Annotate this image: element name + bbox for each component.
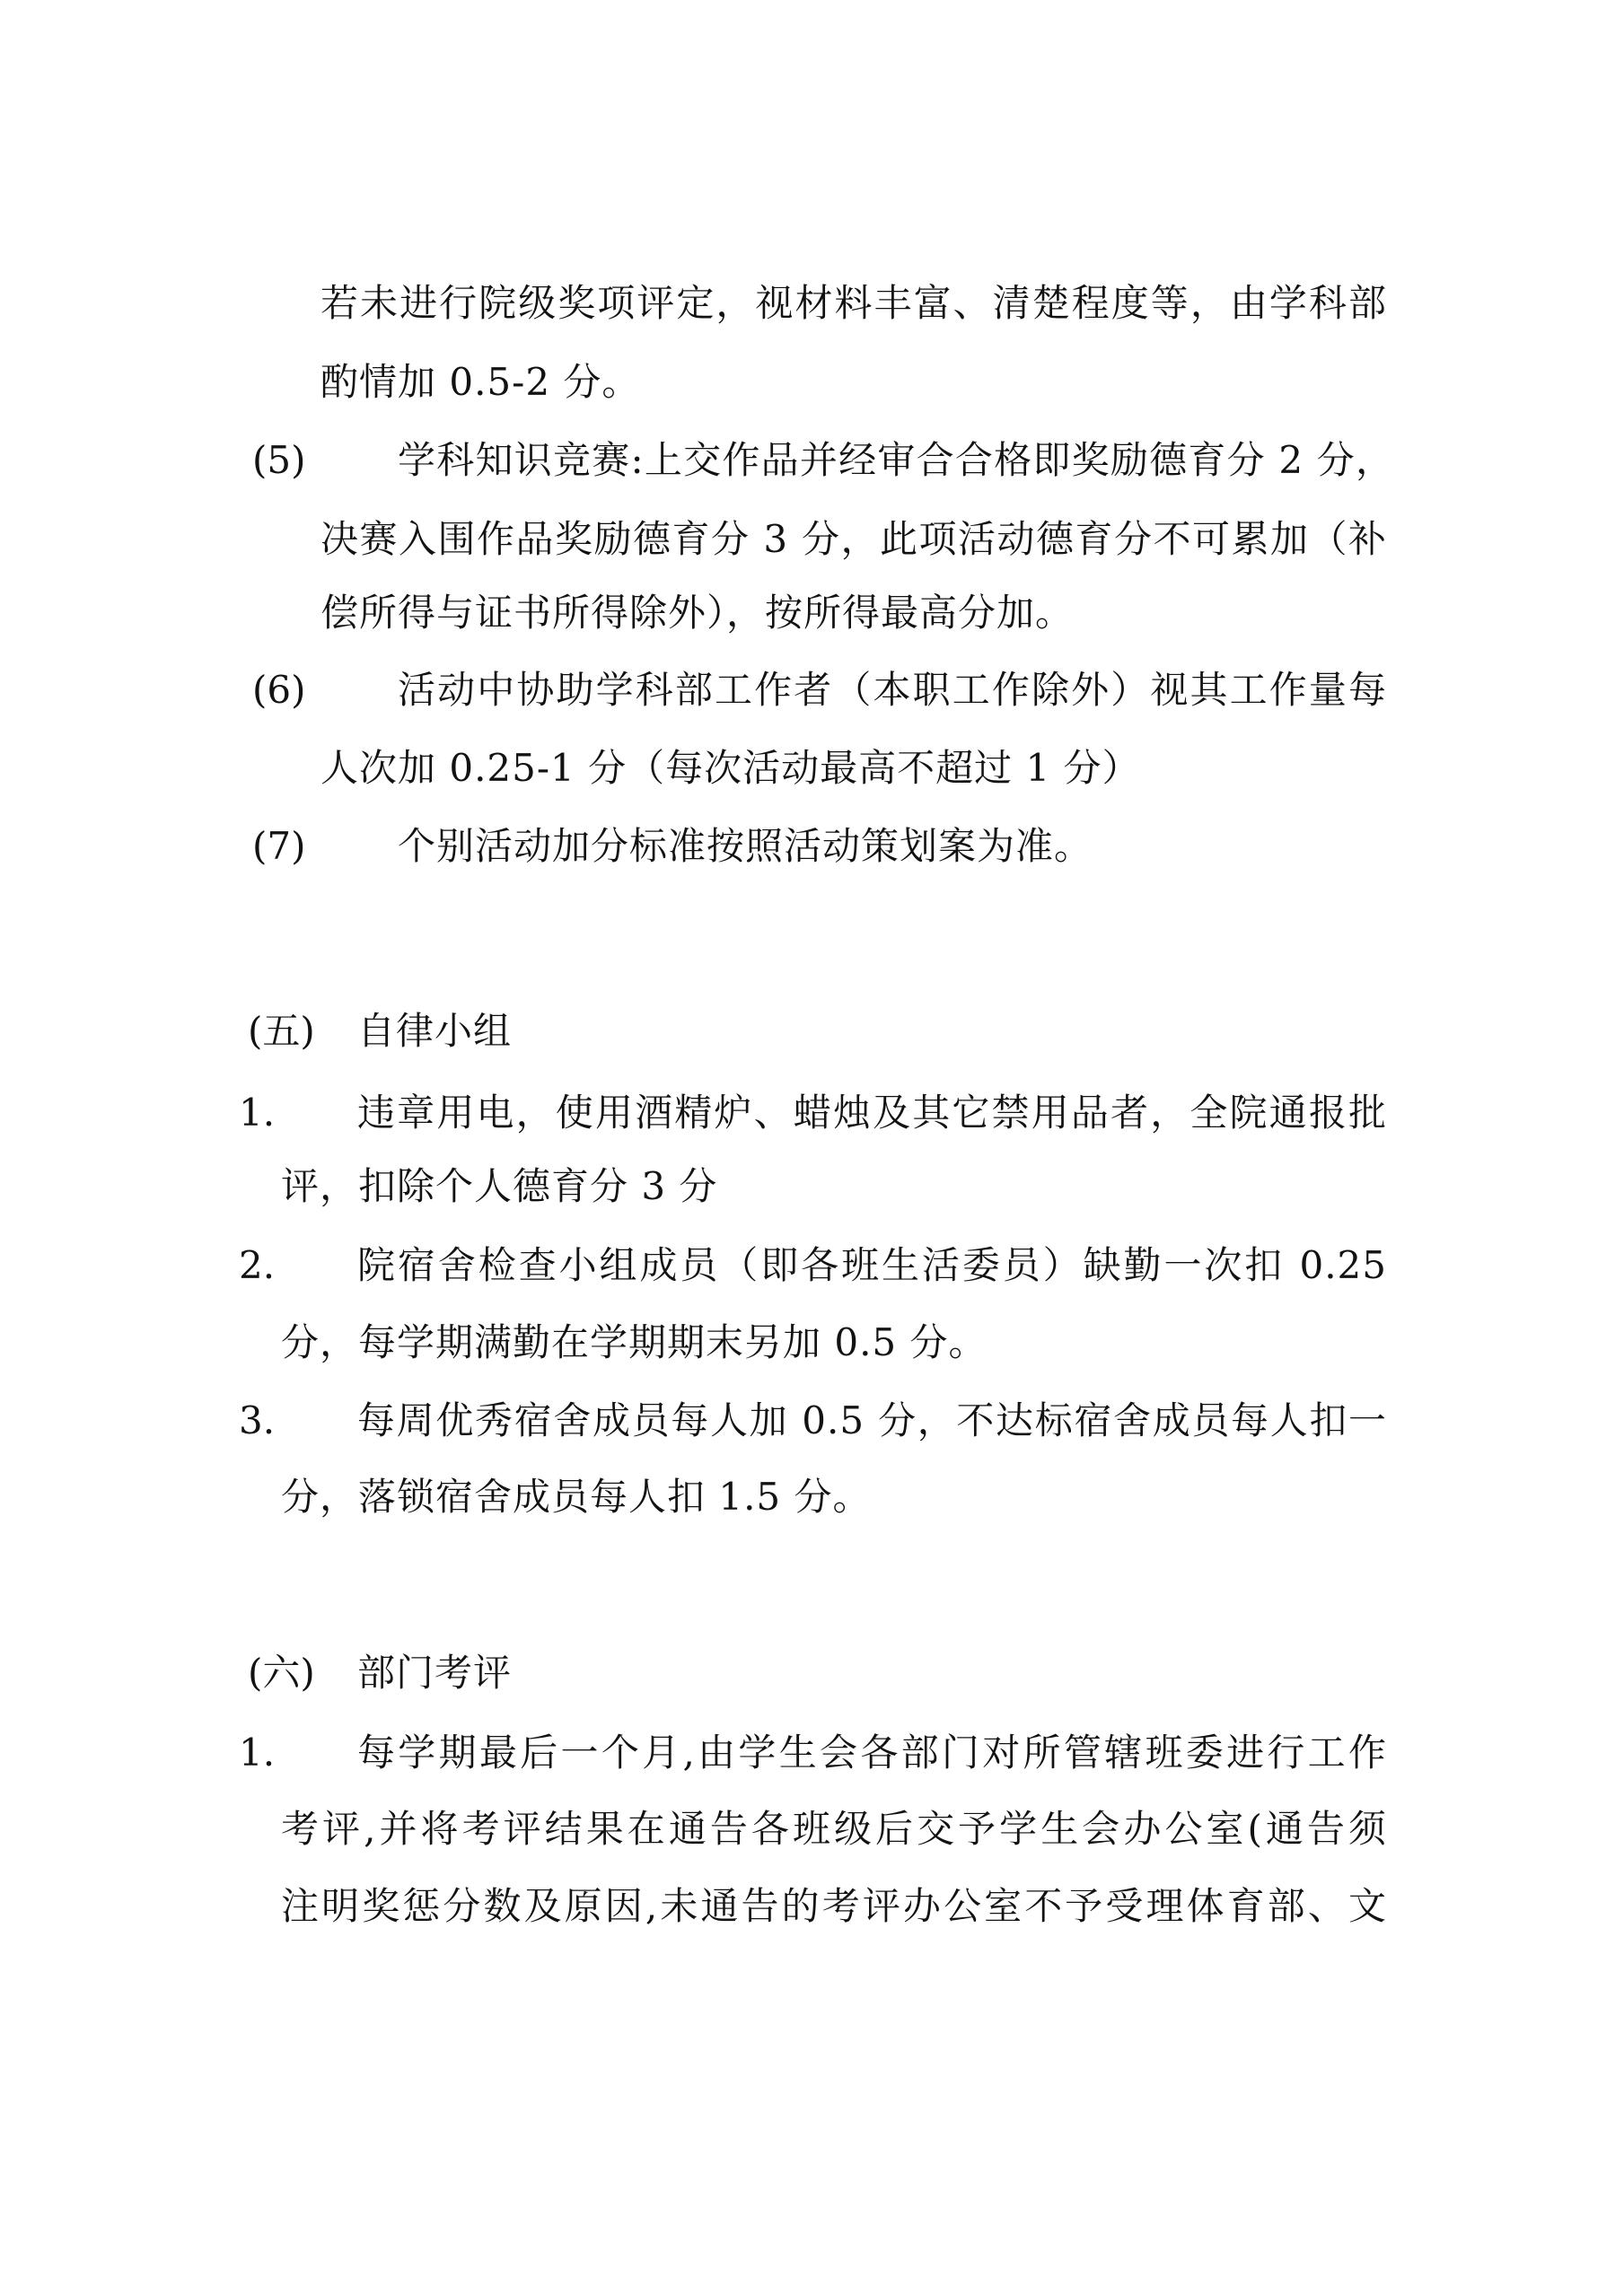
list-item-marker: 1. — [239, 1729, 275, 1777]
list-item-line: 个别活动加分标准按照活动策划案为准。 — [398, 822, 1093, 871]
list-item-marker: (5) — [252, 436, 306, 485]
list-item-line: 决赛入围作品奖励德育分 3 分，此项活动德育分不可累加（补 — [320, 515, 1387, 564]
list-item-line: 人次加 0.25-1 分（每次活动最高不超过 1 分） — [320, 744, 1141, 793]
list-item-line: 每学期最后一个月,由学生会各部门对所管辖班委进行工作 — [357, 1729, 1387, 1777]
list-item-marker: 1. — [239, 1089, 275, 1137]
list-item-line: 每周优秀宿舍成员每人加 0.5 分，不达标宿舍成员每人扣一 — [357, 1397, 1387, 1445]
section-heading-title: 部门考评 — [357, 1649, 512, 1697]
list-item-line: 注明奖惩分数及原因,未通告的考评办公室不予受理体育部、文 — [281, 1882, 1387, 1931]
paragraph-line: 酌情加 0.5-2 分。 — [320, 358, 640, 407]
list-item-marker: (7) — [252, 822, 306, 871]
list-item-line: 分，每学期满勤在学期期末另加 0.5 分。 — [281, 1319, 988, 1367]
list-item-marker: 3. — [239, 1397, 275, 1445]
section-heading-marker: (六) — [248, 1649, 315, 1697]
list-item-line: 偿所得与证书所得除外），按所得最高分加。 — [320, 589, 1074, 637]
list-item-line: 分，落锁宿舍成员每人扣 1.5 分。 — [281, 1473, 872, 1521]
list-item-line: 院宿舍检查小组成员（即各班生活委员）缺勤一次扣 0.25 — [357, 1241, 1387, 1290]
paragraph-line: 若未进行院级奖项评定，视材料丰富、清楚程度等，由学科部 — [320, 279, 1387, 328]
list-item-line: 考评,并将考评结果在通告各班级后交予学生会办公室(通告须 — [281, 1805, 1387, 1853]
document-page: 若未进行院级奖项评定，视材料丰富、清楚程度等，由学科部 酌情加 0.5-2 分。… — [0, 0, 1624, 2296]
list-item-marker: (6) — [252, 666, 306, 714]
list-item-line: 活动中协助学科部工作者（本职工作除外）视其工作量每 — [398, 666, 1387, 714]
list-item-line: 评，扣除个人德育分 3 分 — [281, 1162, 717, 1211]
list-item-line: 学科知识竞赛:上交作品并经审合合格即奖励德育分 2 分， — [398, 436, 1394, 485]
section-heading-title: 自律小组 — [357, 1007, 512, 1056]
section-heading-marker: (五) — [248, 1007, 315, 1056]
list-item-marker: 2. — [239, 1241, 275, 1290]
list-item-line: 违章用电，使用酒精炉、蜡烛及其它禁用品者，全院通报批 — [357, 1089, 1387, 1137]
